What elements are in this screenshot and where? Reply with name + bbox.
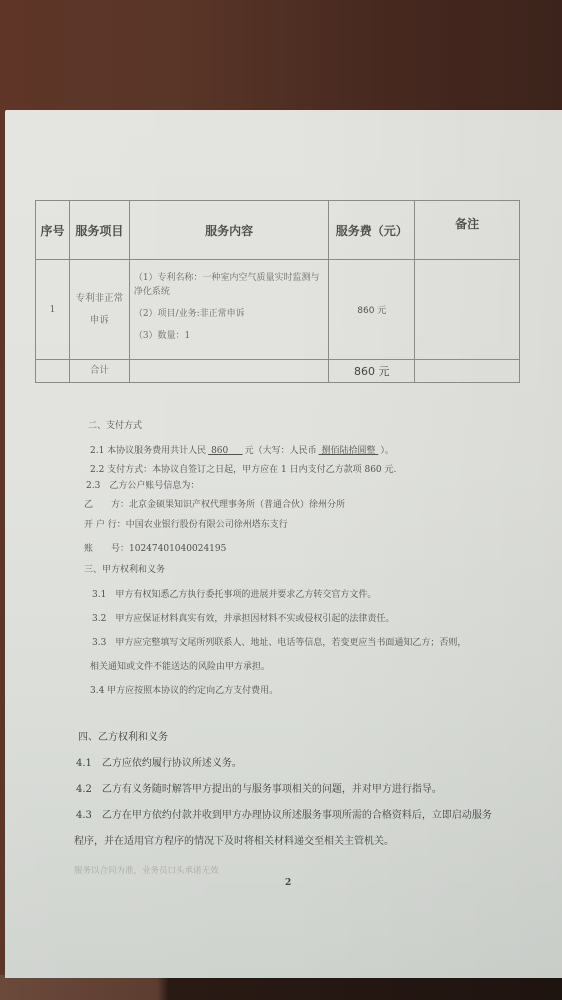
clause-2-1-upper: 捌佰陆拾圆整 bbox=[317, 446, 381, 456]
amount-upper-value: 捌佰陆拾圆整 bbox=[321, 446, 375, 456]
service-item-line2: 申诉 bbox=[90, 315, 109, 326]
row-service-content: （1）专利名称：一种室内空气质量实时监测与净化系统 （2）项目/业务:非正常申诉… bbox=[129, 260, 329, 360]
header-index: 序号 bbox=[36, 201, 70, 260]
party-b: 乙 方：北京金硕果知识产权代理事务所（普通合伙）徐州分所 bbox=[84, 497, 345, 510]
section2-title: 二、支付方式 bbox=[88, 418, 142, 431]
clause-2-1-mid: 元（大写：人民币 bbox=[245, 446, 317, 456]
clause-4-3-line1: 4.3 乙方在甲方依约付款并收到甲方办理协议所述服务事项所需的合格资料后，立即启… bbox=[76, 806, 492, 821]
clause-2-3: 2.3 乙方公户账号信息为： bbox=[86, 478, 199, 491]
amount-value: 860 bbox=[211, 446, 228, 456]
content-patent-name: （1）专利名称：一种室内空气质量实时监测与净化系统 bbox=[134, 271, 325, 299]
row-index: 1 bbox=[36, 260, 70, 360]
header-service-content: 服务内容 bbox=[129, 201, 329, 260]
clause-4-1: 4.1 乙方应依约履行协议所述义务。 bbox=[76, 754, 242, 769]
total-label: 合计 bbox=[69, 360, 129, 383]
content-quantity: （3）数量：1 bbox=[134, 329, 325, 343]
row-remark bbox=[415, 260, 520, 360]
clause-3-3-line2: 相关通知或文件不能送达的风险由甲方承担。 bbox=[90, 659, 270, 672]
section3-title: 三、甲方权利和义务 bbox=[84, 562, 165, 575]
row-service-fee: 860 元 bbox=[329, 260, 415, 360]
header-service-item: 服务项目 bbox=[69, 201, 129, 260]
total-content bbox=[129, 360, 329, 383]
footer-note: 服务以合同为准，业务员口头承诺无效 bbox=[74, 864, 219, 876]
row-service-item: 专利非正常 申诉 bbox=[69, 260, 129, 360]
clause-3-2: 3.2 甲方应保证材料真实有效，并承担因材料不实或侵权引起的法律责任。 bbox=[92, 611, 394, 624]
service-item-line1: 专利非正常 bbox=[76, 293, 124, 304]
table-header-row: 序号 服务项目 服务内容 服务费（元） 备注 bbox=[36, 201, 520, 260]
section4-title: 四、乙方权利和义务 bbox=[78, 728, 168, 743]
header-service-fee: 服务费（元） bbox=[329, 201, 415, 260]
content-project: （2）项目/业务:非正常申诉 bbox=[134, 307, 325, 321]
account-number: 账 号：10247401040024195 bbox=[84, 541, 226, 554]
table-row: 1 专利非正常 申诉 （1）专利名称：一种室内空气质量实时监测与净化系统 （2）… bbox=[36, 260, 520, 360]
total-index bbox=[36, 360, 70, 383]
clause-2-1-amount: 860 bbox=[206, 446, 244, 456]
clause-3-1: 3.1 甲方有权知悉乙方执行委托事项的进展并要求乙方转交官方文件。 bbox=[92, 587, 376, 600]
header-remark: 备注 bbox=[415, 201, 520, 260]
total-remark bbox=[415, 360, 520, 383]
table-total-row: 合计 860 元 bbox=[36, 360, 520, 383]
background-bottom bbox=[0, 975, 562, 1000]
clause-3-3-line1: 3.3 甲方应完整填写文尾所列联系人、地址、电话等信息，若变更应当书面通知乙方；… bbox=[92, 635, 466, 648]
clause-4-2: 4.2 乙方有义务随时解答甲方提出的与服务事项相关的问题，并对甲方进行指导。 bbox=[76, 780, 442, 795]
clause-2-1-prefix: 2.1 本协议服务费用共计人民 bbox=[90, 446, 206, 456]
clause-2-1: 2.1 本协议服务费用共计人民 860 元（大写：人民币 捌佰陆拾圆整 ）。 bbox=[90, 443, 394, 456]
clause-3-4: 3.4 甲方应按照本协议的约定向乙方支付费用。 bbox=[90, 683, 278, 696]
page-number: 2 bbox=[285, 878, 291, 888]
clause-4-3-line2: 程序，并在适用官方程序的情况下及时将相关材料递交至相关主管机关。 bbox=[74, 832, 394, 847]
bank-name: 开 户 行：中国农业银行股份有限公司徐州塔东支行 bbox=[84, 517, 288, 530]
clause-2-1-suffix: ）。 bbox=[380, 446, 394, 456]
total-fee: 860 元 bbox=[329, 360, 415, 383]
clause-2-2: 2.2 支付方式：本协议自签订之日起，甲方应在 1 日内支付乙方款项 860 元… bbox=[90, 462, 396, 475]
service-fee-table: 序号 服务项目 服务内容 服务费（元） 备注 1 专利非正常 申诉 （1）专利名… bbox=[35, 200, 520, 383]
